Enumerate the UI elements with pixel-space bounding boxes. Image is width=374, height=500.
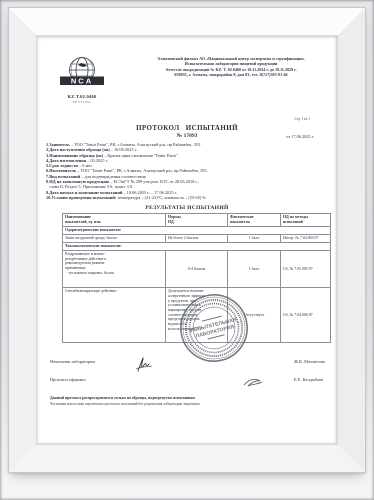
table-cell: Запах воздушной среды, баллы bbox=[63, 234, 166, 242]
table-cell: 0-4 баллов bbox=[166, 250, 228, 287]
protocol-title-block: ПРОТОКОЛ ИСПЫТАНИЙ № 17093 от 17.06.2025… bbox=[46, 124, 328, 139]
section-cell: Одориметрические показатели: bbox=[63, 226, 331, 234]
signature-name-2: Е.Е. Калдыбаев bbox=[294, 377, 323, 382]
details-list: 1.Заявитель – ТОО "Temir Paint", РК, г.А… bbox=[46, 142, 328, 200]
picture-frame: NCA KZ.T.02.0460 TESTING Алматинский фил… bbox=[9, 8, 365, 472]
handwritten-signature-icon bbox=[132, 353, 158, 375]
detail-label: 8.НД на заявленную продукцию bbox=[46, 179, 109, 184]
org-address-line: 050035, г. Алматы, микрорайон 8, дом 83,… bbox=[134, 72, 328, 77]
table-cell: Сб. № 7.05.005.97 bbox=[281, 250, 331, 287]
test-protocol-document: NCA KZ.T.02.0460 TESTING Алматинский фил… bbox=[37, 36, 337, 444]
footer-note-2: Частичная или полная перепечатка протоко… bbox=[50, 402, 328, 406]
detail-value: – 10.06.2025 г. bbox=[110, 147, 137, 152]
signature-flourish-icon bbox=[242, 375, 264, 389]
table-cell: Не более 2 баллов. bbox=[166, 234, 228, 242]
table-section-row: Токсикологические показатели: bbox=[63, 242, 331, 250]
signature-role-2: Протокол оформил bbox=[50, 377, 86, 382]
table-cell: Сб. № 7.04.006.97 bbox=[281, 288, 331, 343]
table-cell: Раздражающее и кожно- резорбтивное дейст… bbox=[63, 250, 166, 287]
protocol-date: от 17.06.2025 г. bbox=[286, 134, 314, 139]
svg-text:NCA: NCA bbox=[71, 77, 93, 86]
footer-notes: Данный протокол распространяется только … bbox=[50, 396, 328, 406]
detail-value: – 03.2025 г. bbox=[86, 158, 108, 163]
table-cell: 1 балл bbox=[228, 250, 281, 287]
detail-value: – Краска цинк-силикатная "Temir Paint" bbox=[103, 153, 178, 158]
document-header: NCA KZ.T.02.0460 TESTING Алматинский фил… bbox=[46, 56, 328, 108]
detail-label: 6.Изготовитель bbox=[46, 168, 76, 173]
col-header-norms: Нормы НД bbox=[166, 213, 228, 226]
detail-value: – 10.06.2025 г. – 17.06.2025 г. bbox=[122, 190, 177, 195]
page-number: Стр 1 из 1 bbox=[46, 117, 310, 121]
col-header-actual: Фактические показатели bbox=[228, 213, 281, 226]
globe-nca-icon: NCA bbox=[58, 56, 106, 90]
detail-value: – для подтверждения соответствия bbox=[80, 174, 146, 179]
table-section-row: Одориметрические показатели: bbox=[63, 226, 331, 234]
detail-value: температура – (21-23)°С, влажность – (55… bbox=[116, 195, 206, 200]
laboratory-round-stamp-icon: ИСПЫТАТЕЛЬНАЯ ЛАБОРАТОРИЯ bbox=[178, 292, 250, 364]
results-table-head: Наименование показателей, ед. изм. Нормы… bbox=[63, 213, 331, 226]
detail-label: 4.Дата изготовления bbox=[46, 158, 86, 163]
table-row: Запах воздушной среды, баллыНе более 2 б… bbox=[63, 234, 331, 242]
organization-header: Алматинский филиал АО «Национальный цент… bbox=[134, 56, 328, 77]
table-cell: Инстр. № 7.04.003.97 bbox=[281, 234, 331, 242]
detail-value: – ТОО "Temir Paint", РК, г.Алматы, Алата… bbox=[70, 142, 202, 147]
detail-item: 10.Условия проведения испытаний: темпера… bbox=[46, 195, 328, 200]
detail-label: 9.Дата начала и окончание испытаний bbox=[46, 190, 122, 195]
detail-label: 5.Срок годности bbox=[46, 163, 78, 168]
section-cell: Токсикологические показатели: bbox=[63, 242, 331, 250]
detail-value: – 6 мес. bbox=[78, 163, 93, 168]
detail-label: 10.Условия проведения испытаний: bbox=[46, 195, 116, 200]
table-header-row: Наименование показателей, ед. изм. Нормы… bbox=[63, 213, 331, 226]
logo-accreditation-code: KZ.T.02.0460 bbox=[58, 95, 106, 100]
signature-role-1: Начальник лаборатории bbox=[50, 359, 95, 364]
table-cell: 1 балл bbox=[228, 234, 281, 242]
detail-label: 3.Наименование образца (ов) bbox=[46, 153, 103, 158]
protocol-title: ПРОТОКОЛ ИСПЫТАНИЙ bbox=[46, 124, 328, 132]
certification-logo: NCA KZ.T.02.0460 TESTING bbox=[58, 56, 106, 104]
detail-label: 2.Дата поступления образца (ов) bbox=[46, 147, 110, 152]
signature-name-1: Ж.К. Махметова bbox=[294, 359, 325, 364]
detail-item: 8.НД на заявленную продукцию – ЕСЭиГТ № … bbox=[46, 179, 328, 190]
results-title: РЕЗУЛЬТАТЫ ИСПЫТАНИЙ bbox=[46, 205, 328, 211]
col-header-methods: НД на методы испытаний bbox=[281, 213, 331, 226]
col-header-indicator: Наименование показателей, ед. изм. bbox=[63, 213, 166, 226]
detail-label: 7.Вид испытаний bbox=[46, 174, 80, 179]
logo-testing-label: TESTING bbox=[58, 101, 106, 104]
table-row: Раздражающее и кожно- резорбтивное дейст… bbox=[63, 250, 331, 287]
footer-note-1: Данный протокол распространяется только … bbox=[50, 396, 328, 400]
framed-document-photo: NCA KZ.T.02.0460 TESTING Алматинский фил… bbox=[0, 0, 374, 500]
table-cell: Сенсибилизирующее действие: bbox=[63, 288, 166, 343]
detail-label: 1.Заявитель bbox=[46, 142, 70, 147]
detail-value: – ТОО "Temir Paint", РК, г.Алматы, Алата… bbox=[76, 168, 208, 173]
